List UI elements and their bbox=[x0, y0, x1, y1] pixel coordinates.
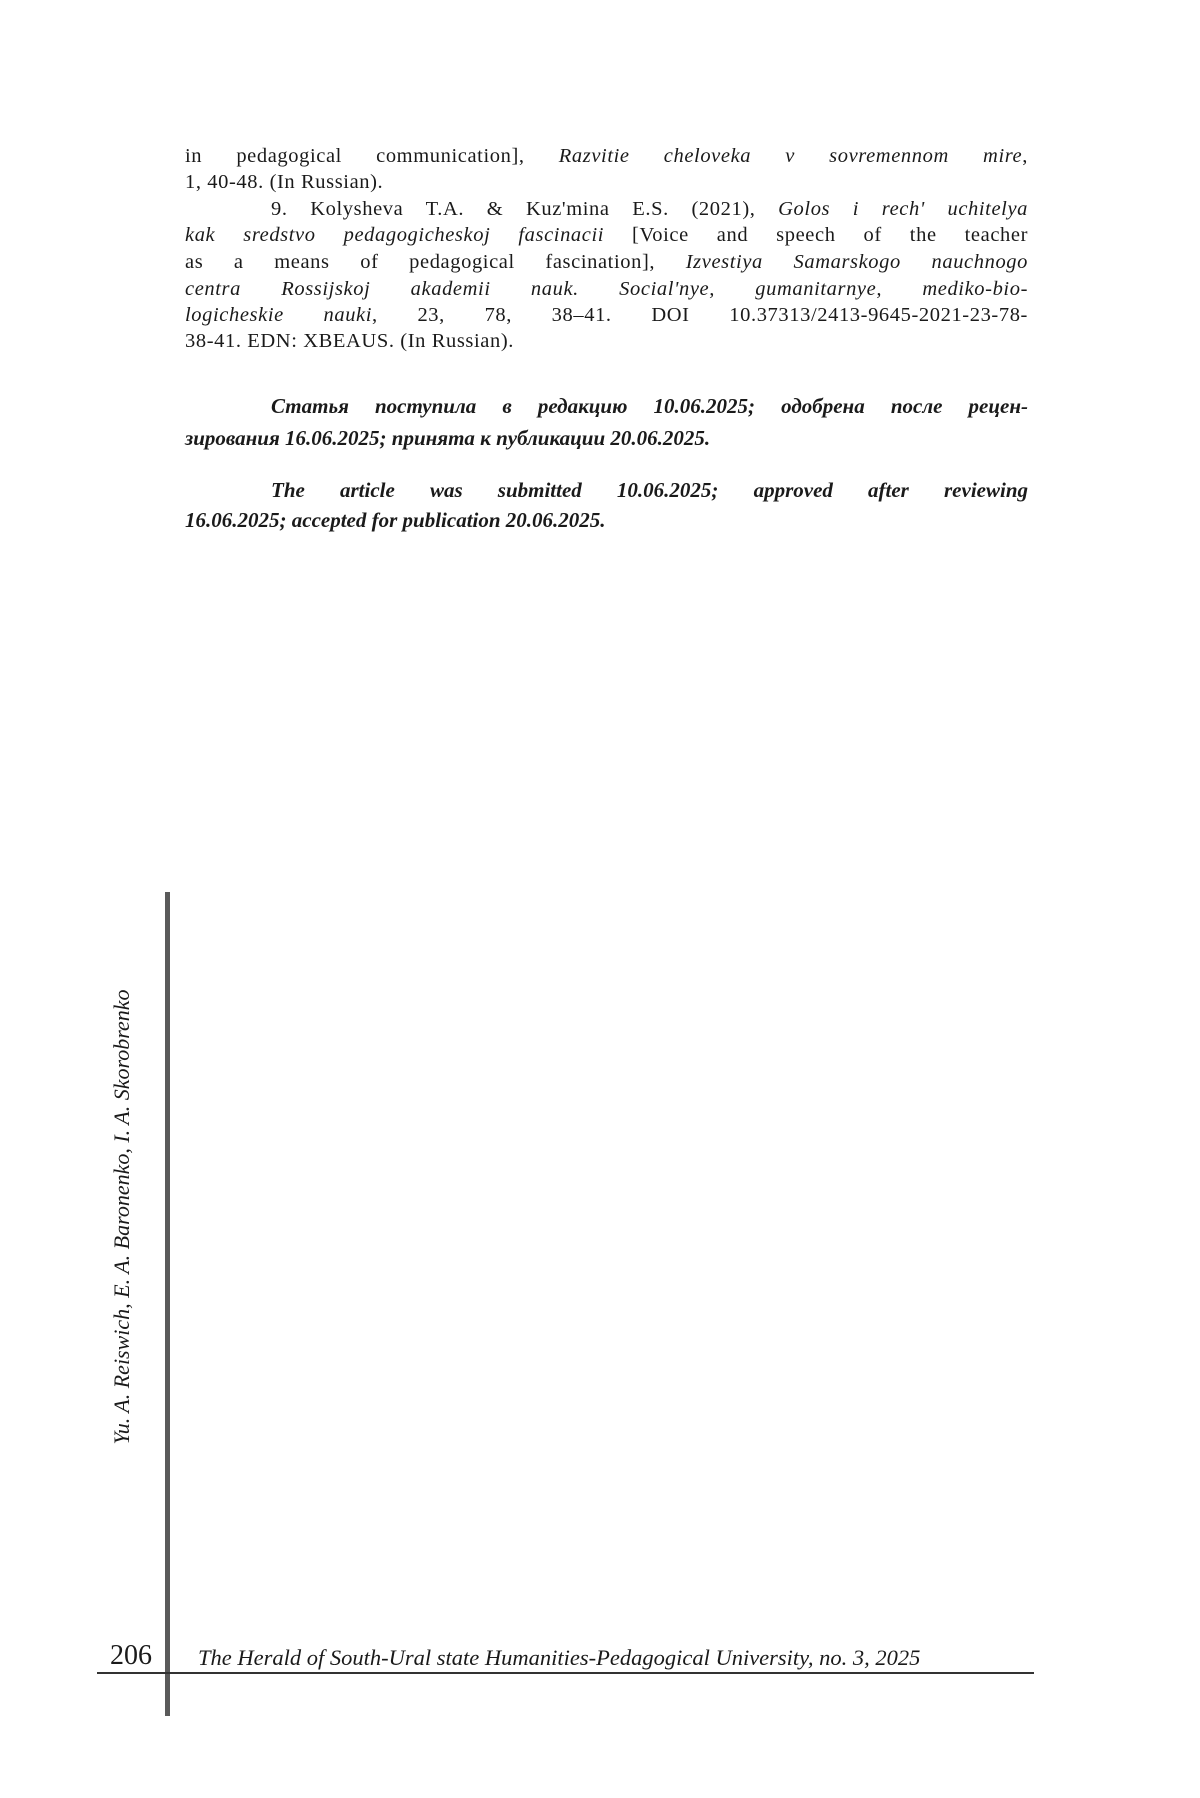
reference-title: Golos i rech' uchitelya bbox=[778, 198, 1028, 220]
reference-title: kak sredstvo pedagogicheskoj fascinacii bbox=[185, 224, 604, 246]
reference-9-line-6: 38-41. EDN: XBEAUS. (In Russian). bbox=[185, 328, 1028, 354]
reference-translation: as a means of pedagogical fascination], bbox=[185, 251, 686, 273]
running-head-authors: Yu. A. Reiswich, E. A. Baronenko, I. A. … bbox=[109, 989, 135, 1444]
reference-8-line-2: 1, 40-48. (In Russian). bbox=[185, 169, 1028, 195]
reference-journal-title: centra Rossijskoj akademii nauk. Social'… bbox=[185, 278, 1028, 300]
reference-9-line-3: as a means of pedagogical fascination], … bbox=[185, 249, 1028, 275]
reference-9-line-5: logicheskie nauki, 23, 78, 38–41. DOI 10… bbox=[185, 302, 1028, 328]
reference-9-line-4: centra Rossijskoj akademii nauk. Social'… bbox=[185, 276, 1028, 302]
journal-footer: The Herald of South-Ural state Humanitie… bbox=[198, 1645, 920, 1671]
article-dates-english-line-2: 16.06.2025; accepted for publication 20.… bbox=[185, 507, 1028, 533]
reference-doi: , 23, 78, 38–41. DOI 10.37313/2413-9645-… bbox=[372, 304, 1028, 326]
reference-journal-title: Izvestiya Samarskogo nauchnogo bbox=[686, 251, 1028, 273]
margin-vertical-rule bbox=[165, 892, 170, 1716]
reference-text: , bbox=[1022, 145, 1028, 167]
reference-translation: [Voice and speech of the teacher bbox=[604, 224, 1028, 246]
reference-authors: 9. Kolysheva T.A. & Kuz'mina E.S. (2021)… bbox=[271, 198, 778, 220]
page-number: 206 bbox=[110, 1640, 152, 1672]
reference-9-line-2: kak sredstvo pedagogicheskoj fascinacii … bbox=[185, 222, 1028, 248]
reference-journal-title: logicheskie nauki bbox=[185, 304, 372, 326]
footer-rule bbox=[97, 1672, 1034, 1674]
reference-8-line-1: in pedagogical communication], Razvitie … bbox=[185, 143, 1028, 169]
article-dates-russian-line-1: Статья поступила в редакцию 10.06.2025; … bbox=[271, 393, 1028, 419]
reference-text: in pedagogical communication], bbox=[185, 145, 559, 167]
article-dates-russian-line-2: зирования 16.06.2025; принята к публикац… bbox=[185, 425, 1028, 451]
reference-9-line-1: 9. Kolysheva T.A. & Kuz'mina E.S. (2021)… bbox=[271, 196, 1028, 222]
reference-journal-title: Razvitie cheloveka v sovremennom mire bbox=[559, 145, 1022, 167]
article-dates-english-line-1: The article was submitted 10.06.2025; ap… bbox=[271, 477, 1028, 503]
